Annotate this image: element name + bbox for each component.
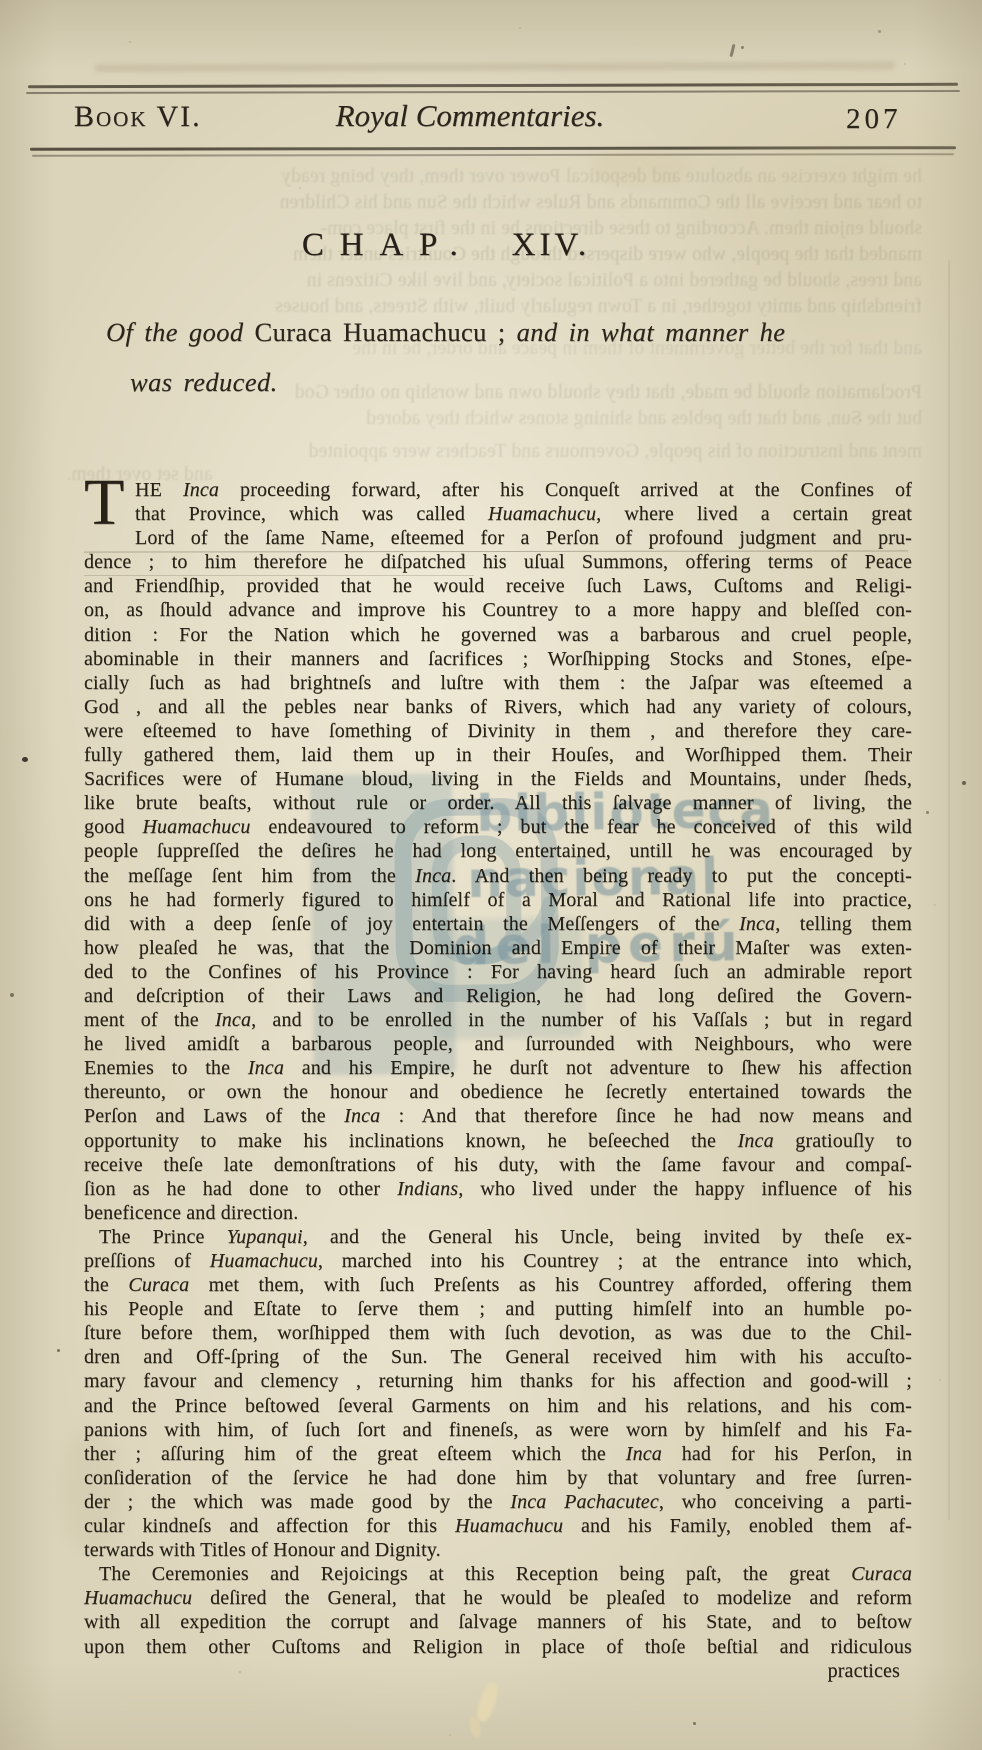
chapter-label: CHAP. [302, 227, 474, 263]
bleedthrough-line: and trees, should be gathered into a Pol… [66, 270, 922, 292]
ink-speck [57, 1349, 60, 1352]
bleedthrough-line: friendship and amity together, in a Town… [66, 296, 922, 318]
paragraph-2: The Prince Yupanqui, and the General his… [84, 1225, 912, 1538]
running-title: Royal Commentaries. [250, 98, 690, 134]
chapter-numeral: XIV. [512, 227, 591, 263]
bleedthrough-line: he might exercise an absolute and despot… [66, 166, 922, 188]
bleedthrough-line: ment and instruction of his people, Gove… [66, 441, 922, 463]
stamp-text-line-2: nacional [467, 848, 721, 910]
book-page-scan: he might exercise an absolute and despot… [0, 0, 982, 1750]
stamp-text-line-1: biblioteca [476, 781, 775, 843]
paper-stain [590, 150, 690, 186]
header-rule-2 [32, 153, 954, 157]
ink-speck [878, 30, 881, 33]
header-rule [30, 146, 956, 151]
paragraph-3: The Ceremonies and Rejoicings at this Re… [84, 1562, 912, 1658]
top-rule [28, 83, 958, 88]
ink-speck [22, 757, 28, 762]
top-rule-2 [26, 90, 960, 94]
library-stamp: biblioteca nacional del perú [310, 765, 784, 1092]
ink-speck [962, 781, 966, 785]
ink-speck [693, 1722, 696, 1725]
pencil-mark [729, 44, 735, 57]
chapter-heading: CHAP.XIV. [0, 227, 892, 264]
book-label: Book VI. [74, 100, 202, 134]
pencil-mark [741, 46, 744, 49]
page-fold-line [948, 260, 950, 1520]
page-number: 207 [846, 103, 902, 136]
chapter-subtitle-line-2: was reduced. [130, 367, 278, 398]
ink-speck [10, 993, 14, 997]
chapter-subtitle-line-1: Of the good Curaca Huamachucu ; and in w… [106, 317, 785, 348]
bleedthrough-line: to hear and receive all the Commands and… [66, 192, 922, 214]
stamp-text-line-3: del perú [452, 913, 744, 977]
drop-cap: T [84, 480, 128, 527]
ink-speck [926, 811, 929, 814]
wax-smudge [474, 1681, 501, 1724]
paragraph-2-last-line: terwards with Titles of Honour and Digni… [84, 1538, 912, 1562]
paragraph-1-last-line: beneficence and direction. [84, 1201, 912, 1225]
bleedthrough-line: but the Sun, and that the pebles and shi… [66, 408, 922, 430]
catchword: practices [84, 1659, 912, 1683]
page-edge-shadow [95, 62, 895, 73]
